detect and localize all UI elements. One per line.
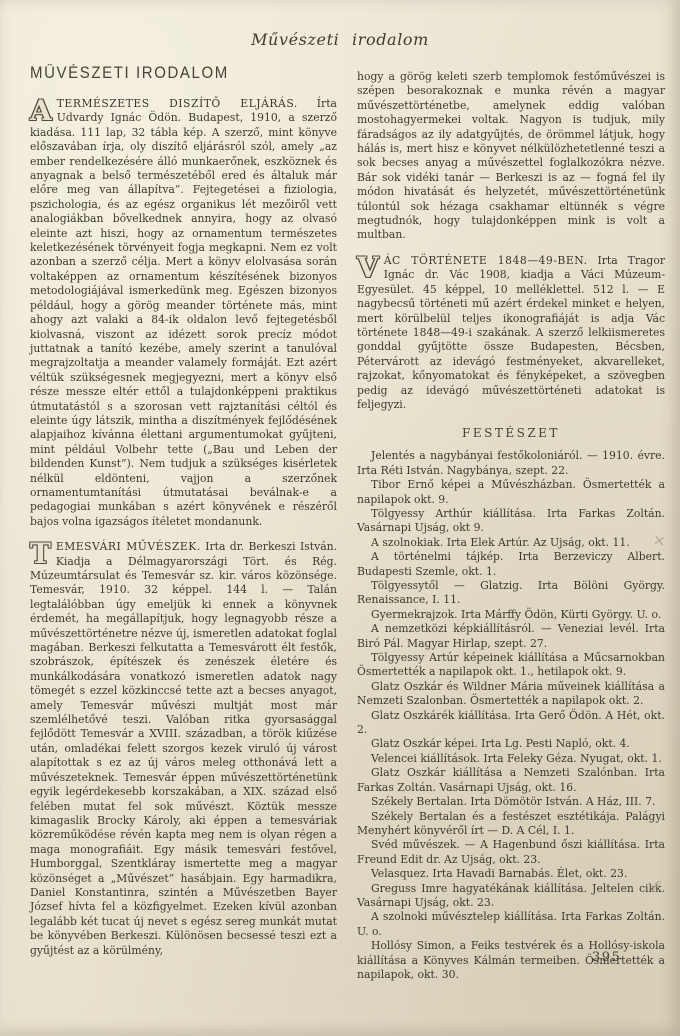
bibliography-entry: Tölgyessytől — Glatzig. Irta Bölöni Györ… — [357, 579, 665, 608]
paragraph-vac-tortenete: V ÁC TÖRTÉNETE 1848—49-BEN. Irta Tragor … — [357, 254, 665, 412]
page-number: 395 — [592, 950, 621, 965]
drop-cap-initial: V — [357, 255, 379, 280]
paragraph-body: Irta dr. Berkeszi István. Kiadja a Délma… — [30, 540, 337, 956]
paragraph-temesvari-muveszek: T EMESVÁRI MŰVÉSZEK. Irta dr. Berkeszi I… — [30, 540, 337, 958]
entry-run-in-title: EMESVÁRI MŰVÉSZEK. — [56, 540, 201, 553]
paragraph-body: hogy a görög keleti szerb templomok fest… — [357, 70, 665, 241]
running-head: Művészeti irodalom — [0, 30, 680, 49]
bibliography-entry: Velasquez. Irta Havadi Barnabás. Élet, o… — [357, 867, 665, 881]
bibliography-entry: Glatz Oszkár és Wildner Mária műveinek k… — [357, 680, 665, 709]
bibliography-entry: Tölgyessy Arthúr kiállítása. Irta Farkas… — [357, 507, 665, 536]
bibliography-entry: Székely Bertalan. Irta Dömötör István. A… — [357, 795, 665, 809]
scanned-journal-page: Művészeti irodalom MŰVÉSZETI IRODALOM A … — [0, 0, 680, 1036]
bibliography-entry: Jelentés a nagybányai festőkoloniáról. —… — [357, 449, 665, 478]
paragraph-continuation: hogy a görög keleti szerb templomok fest… — [357, 70, 665, 243]
bibliography-entry: A szolnoki művésztelep kiállítása. Irta … — [357, 910, 665, 939]
section-heading-festeszet: FESTÉSZET — [357, 426, 665, 440]
drop-cap-initial: T — [30, 541, 51, 566]
bibliography-entry: Glatz Oszkár kiállítása a Nemzeti Szalón… — [357, 766, 665, 795]
bibliography-entry: A szolnokiak. Irta Elek Artúr. Az Ujság,… — [357, 536, 665, 550]
paragraph-body: Irta Tragor Ignác dr. Vác 1908, kiadja a… — [357, 254, 665, 411]
bibliography-entry: Gyermekrajzok. Irta Márffy Ödön, Kürti G… — [357, 608, 665, 622]
bibliography-entry: Glatz Oszkár képei. Irta Lg. Pesti Napló… — [357, 737, 665, 751]
paragraph-body: Írta Udvardy Ignác Ödön. Budapest, 1910,… — [30, 97, 337, 528]
bibliography-entry: Greguss Imre hagyatékának kiállítása. Je… — [357, 882, 665, 911]
bibliography-entry: Tölgyessy Artúr képeinek kiállítása a Mű… — [357, 651, 665, 680]
bibliography-entry: Velencei kiállítások. Irta Feleky Géza. … — [357, 752, 665, 766]
paragraph-termeszetes-diszito-eljaras: A TERMÉSZETES DISZÍTŐ ELJÁRÁS. Írta Udva… — [30, 97, 337, 529]
bibliography-entry: A nemzetközi képkiállításról. — Veneziai… — [357, 622, 665, 651]
right-column: hogy a görög keleti szerb templomok fest… — [357, 70, 665, 982]
bibliography-entry: A történelmi tájkép. Irta Berzeviczy Alb… — [357, 550, 665, 579]
entry-run-in-title: ÁC TÖRTÉNETE 1848—49-BEN. — [384, 254, 588, 267]
bibliography-entry: Székely Bertalan és a festészet esztétik… — [357, 810, 665, 839]
bibliography-entry: Tibor Ernő képei a Művészházban. Ösmerte… — [357, 478, 665, 507]
page-title: MŰVÉSZETI IRODALOM — [30, 64, 337, 82]
bibliography-list: Jelentés a nagybányai festőkoloniáról. —… — [357, 449, 665, 982]
entry-run-in-title: TERMÉSZETES DISZÍTŐ ELJÁRÁS. — [57, 97, 298, 110]
bibliography-entry: Glatz Oszkárék kiállítása. Irta Gerő Ödö… — [357, 709, 665, 738]
bibliography-entry: Svéd művészek. — A Hagenbund őszi kiállí… — [357, 838, 665, 867]
left-column: MŰVÉSZETI IRODALOM A TERMÉSZETES DISZÍTŐ… — [30, 64, 337, 958]
drop-cap-initial: A — [30, 98, 52, 123]
